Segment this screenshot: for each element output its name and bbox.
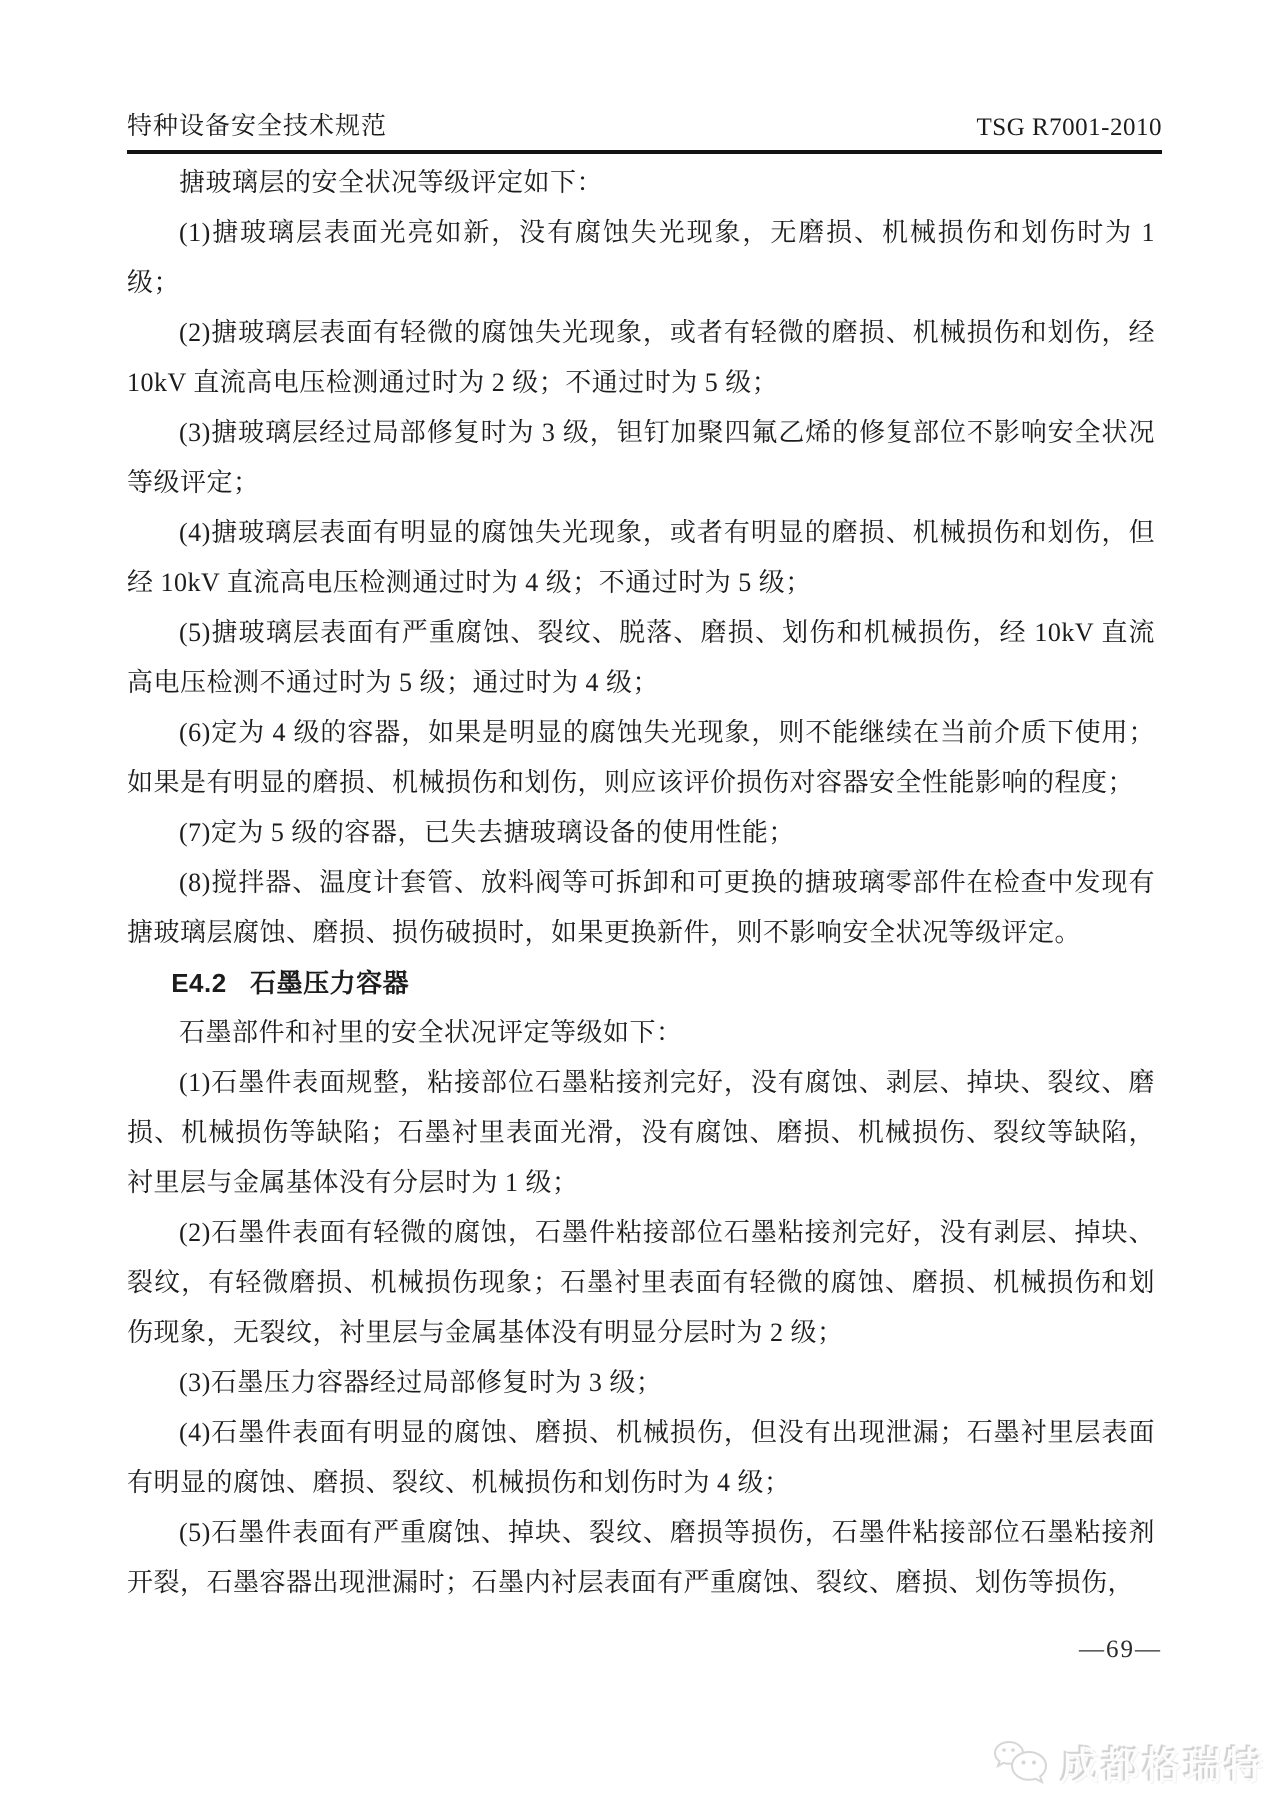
wechat-bubbles-icon bbox=[991, 1738, 1049, 1788]
page-number: —69— bbox=[1079, 1636, 1162, 1664]
header-title: 特种设备安全技术规范 bbox=[127, 106, 387, 142]
paragraph: (5)搪玻璃层表面有严重腐蚀、裂纹、脱落、磨损、划伤和机械损伤，经 10kV 直… bbox=[127, 608, 1155, 708]
paragraph: (4)搪玻璃层表面有明显的腐蚀失光现象，或者有明显的磨损、机械损伤和划伤，但经 … bbox=[127, 508, 1155, 608]
paragraph: 搪玻璃层的安全状况等级评定如下： bbox=[127, 158, 1155, 208]
document-page: 特种设备安全技术规范 TSG R7001-2010 搪玻璃层的安全状况等级评定如… bbox=[0, 0, 1280, 1810]
document-body: 搪玻璃层的安全状况等级评定如下：(1)搪玻璃层表面光亮如新，没有腐蚀失光现象，无… bbox=[127, 158, 1155, 1608]
section-heading-number: E4.2 bbox=[171, 968, 227, 998]
paragraph: (5)石墨件表面有严重腐蚀、掉块、裂纹、磨损等损伤，石墨件粘接部位石墨粘接剂开裂… bbox=[127, 1508, 1155, 1608]
paragraph: (4)石墨件表面有明显的腐蚀、磨损、机械损伤，但没有出现泄漏；石墨衬里层表面有明… bbox=[127, 1408, 1155, 1508]
section-heading-title: 石墨压力容器 bbox=[250, 968, 409, 998]
section-heading: E4.2石墨压力容器 bbox=[127, 958, 1155, 1008]
paragraph: (2)搪玻璃层表面有轻微的腐蚀失光现象，或者有轻微的磨损、机械损伤和划伤，经 1… bbox=[127, 308, 1155, 408]
paragraph: (8)搅拌器、温度计套管、放料阀等可拆卸和可更换的搪玻璃零部件在检查中发现有搪玻… bbox=[127, 858, 1155, 958]
paragraph: 石墨部件和衬里的安全状况评定等级如下： bbox=[127, 1008, 1155, 1058]
header-document-code: TSG R7001-2010 bbox=[977, 114, 1162, 142]
paragraph: (1)搪玻璃层表面光亮如新，没有腐蚀失光现象，无磨损、机械损伤和划伤时为 1 级… bbox=[127, 208, 1155, 308]
paragraph: (2)石墨件表面有轻微的腐蚀，石墨件粘接部位石墨粘接剂完好，没有剥层、掉块、裂纹… bbox=[127, 1208, 1155, 1358]
page-header: 特种设备安全技术规范 TSG R7001-2010 bbox=[127, 106, 1162, 154]
paragraph: (6)定为 4 级的容器，如果是明显的腐蚀失光现象，则不能继续在当前介质下使用；… bbox=[127, 708, 1155, 808]
watermark-brand-text: 成都格瑞特 bbox=[1061, 1735, 1266, 1790]
paragraph: (3)搪玻璃层经过局部修复时为 3 级，钽钉加聚四氟乙烯的修复部位不影响安全状况… bbox=[127, 408, 1155, 508]
paragraph: (7)定为 5 级的容器，已失去搪玻璃设备的使用性能； bbox=[127, 808, 1155, 858]
paragraph: (3)石墨压力容器经过局部修复时为 3 级； bbox=[127, 1358, 1155, 1408]
paragraph: (1)石墨件表面规整，粘接部位石墨粘接剂完好，没有腐蚀、剥层、掉块、裂纹、磨损、… bbox=[127, 1058, 1155, 1208]
publisher-watermark: 成都格瑞特 bbox=[991, 1735, 1266, 1790]
